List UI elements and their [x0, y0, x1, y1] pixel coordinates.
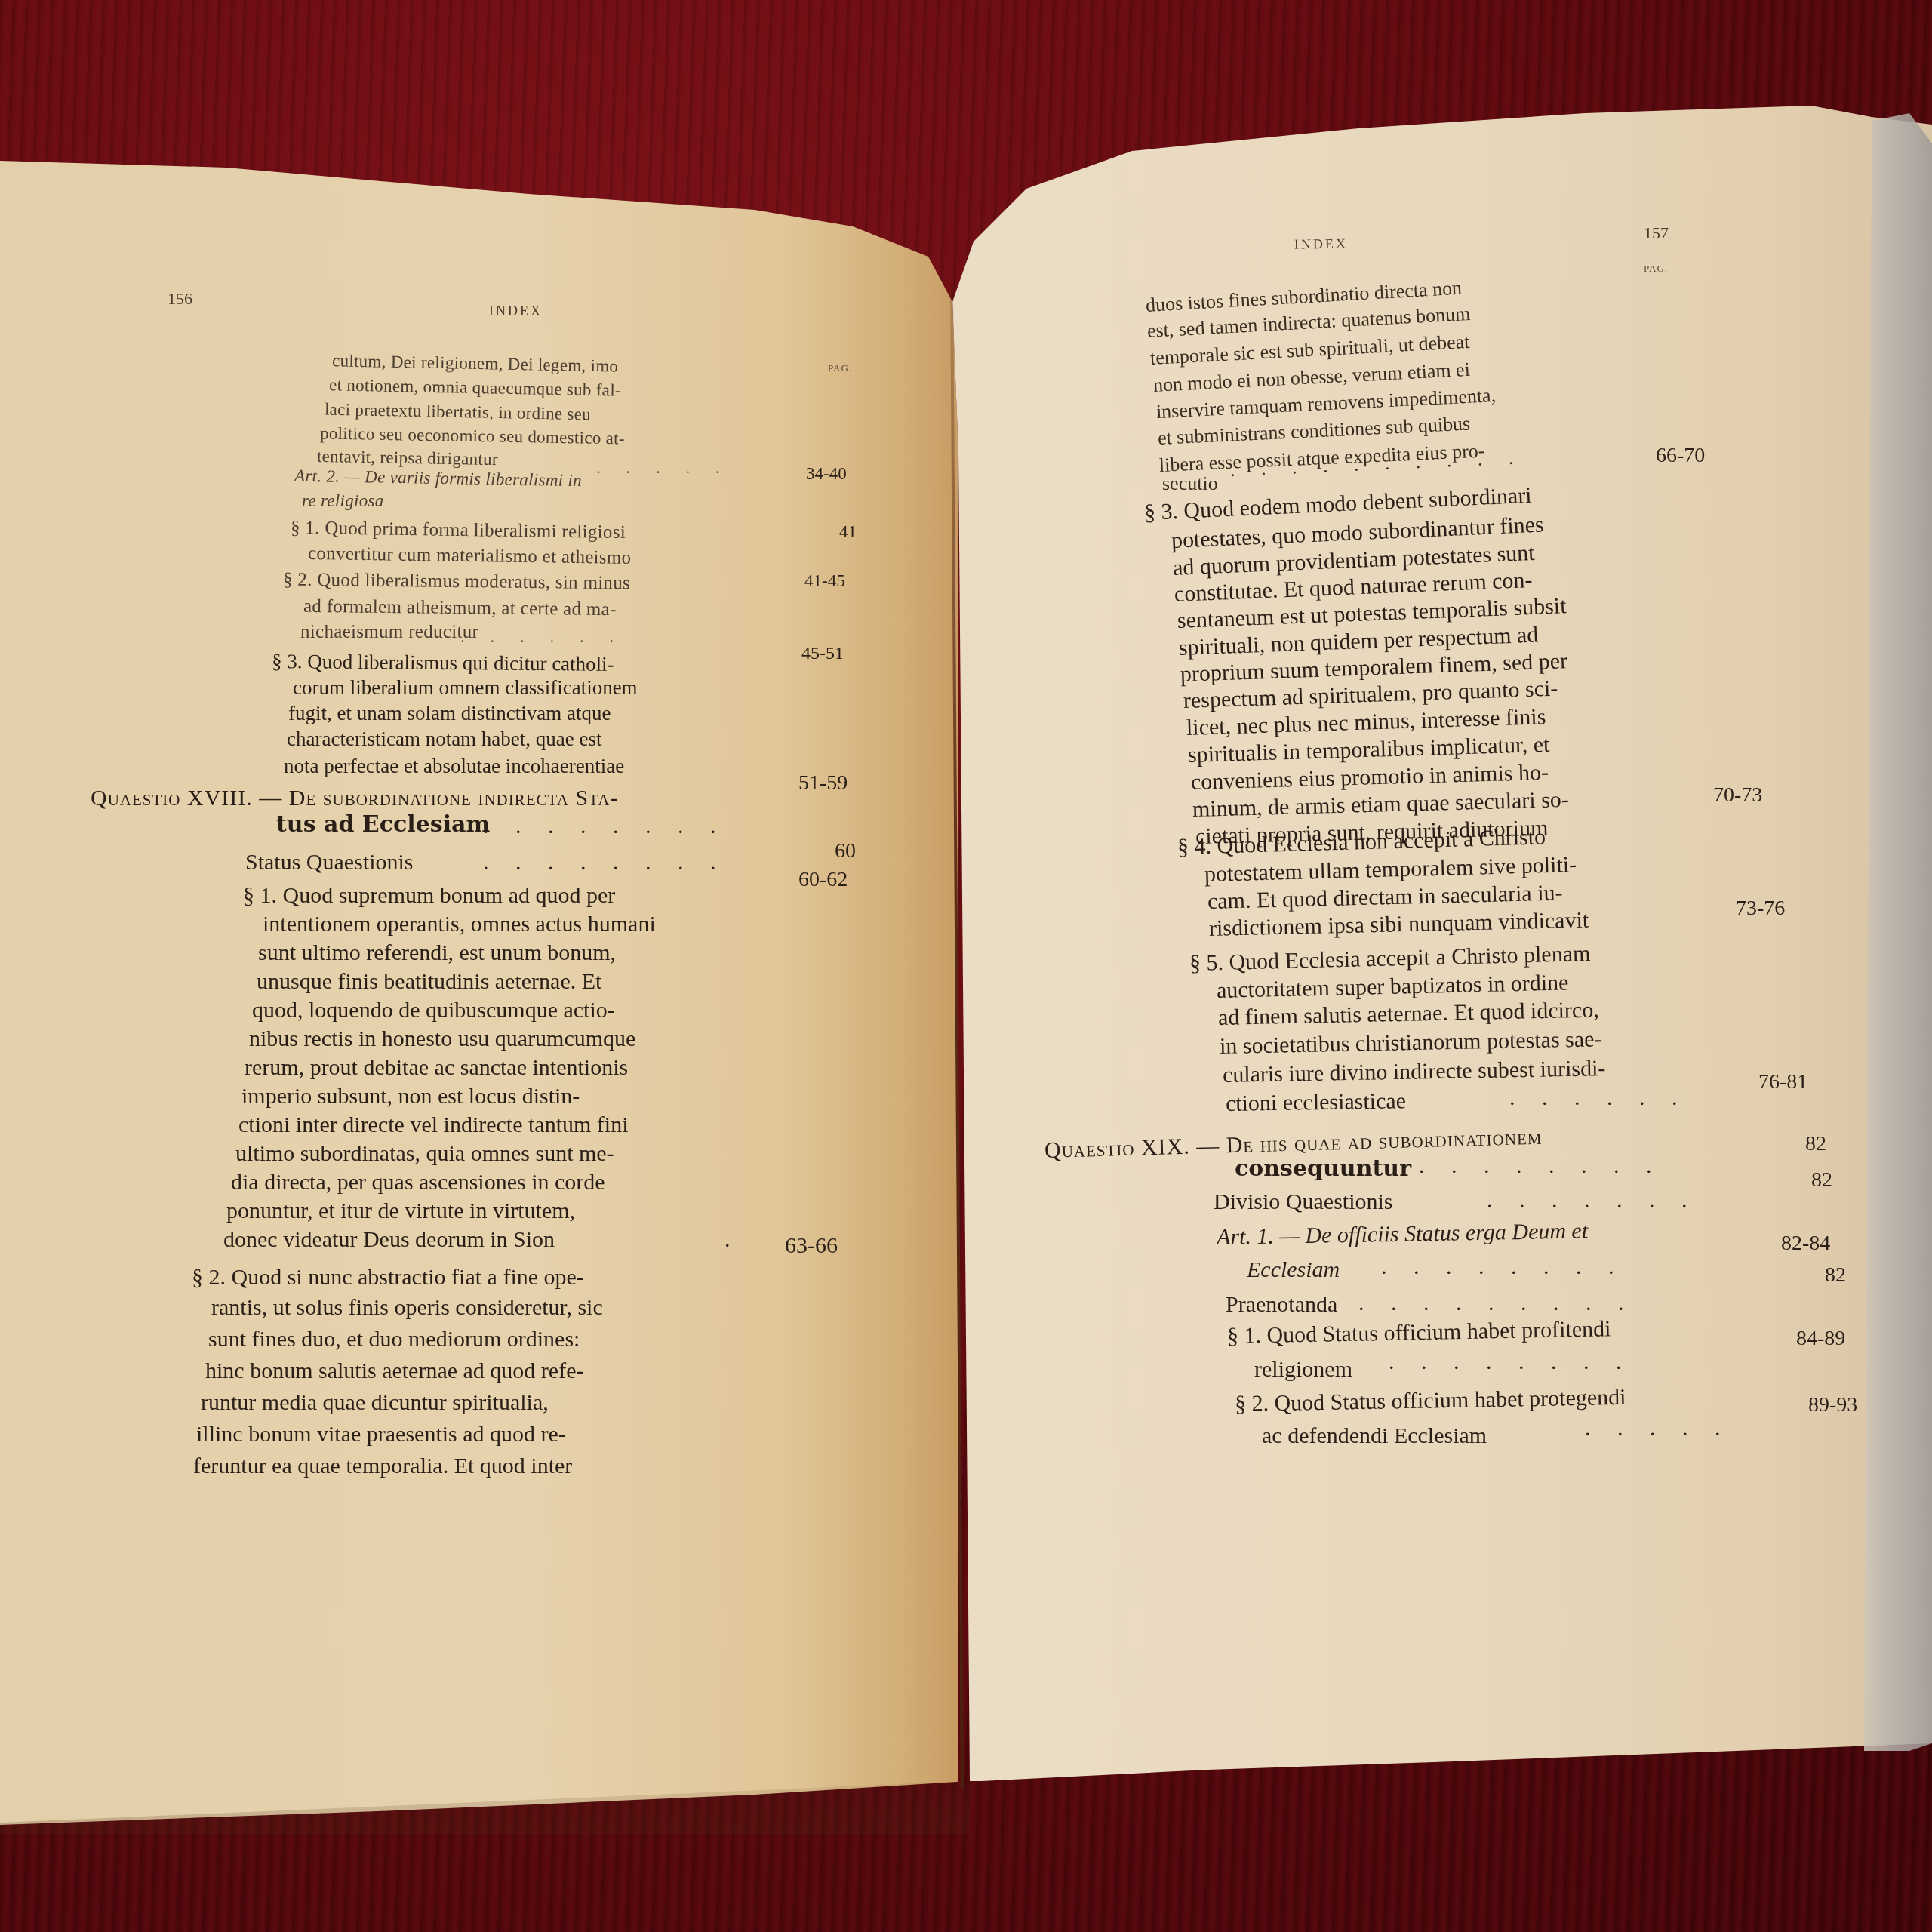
book-edge: [1864, 113, 1932, 1751]
leader-dots: .: [724, 1229, 731, 1251]
page-ref: 89-93: [1808, 1393, 1857, 1417]
left-running-head: INDEX: [489, 303, 543, 319]
toc-entry-status-quaestionis: Status Quaestionis: [245, 851, 414, 874]
page-ref: 70-73: [1713, 783, 1762, 808]
leader-dots: . . . . . . . .: [483, 815, 727, 838]
section-entry: § 2. Quod si nunc abstractio fiat a fine…: [192, 1266, 584, 1289]
left-page: [0, 0, 958, 1932]
text-line: illinc bonum vitae praesentis ad quod re…: [196, 1423, 566, 1446]
left-page-number: 156: [168, 289, 192, 309]
leader-dots: . . . . . . . .: [1419, 1155, 1663, 1177]
quaestio-title-cont: tus ad Ecclesiam: [276, 814, 490, 836]
page-ref: 60: [835, 839, 856, 863]
leader-dots: . . . . . . . .: [1389, 1351, 1632, 1374]
page-ref: 51-59: [798, 771, 848, 795]
page-ref: 41-45: [804, 571, 845, 591]
quaestio-label: Quaestio XVIII. — De subordinatione indi…: [91, 786, 618, 811]
text-line: ac defendendi Ecclesiam: [1262, 1425, 1487, 1447]
text-line: convertitur cum materialismo et atheismo: [308, 544, 632, 568]
text-line: re religiosa: [302, 492, 384, 509]
toc-entry-praenotanda: Praenotanda: [1226, 1294, 1337, 1316]
text-line: Ecclesiam: [1247, 1259, 1340, 1281]
right-page-number: 157: [1644, 223, 1669, 243]
text-line: nota perfectae et absolutae incohaerenti…: [284, 756, 624, 777]
page-ref: 84-89: [1796, 1327, 1845, 1351]
text-line: quod, loquendo de quibuscumque actio-: [252, 999, 615, 1022]
leader-dots: . . . . . . . .: [483, 851, 727, 874]
text-line: rantis, ut solus finis operis consideret…: [211, 1297, 603, 1319]
text-line: unusque finis beatitudinis aeternae. Et: [257, 971, 601, 993]
toc-entry-divisio: Divisio Quaestionis: [1214, 1191, 1393, 1214]
text-line: nibus rectis in honesto usu quarumcumque: [249, 1028, 635, 1051]
text-line: nichaeismum reducitur: [300, 623, 478, 641]
leader-dots: . . . . . . .: [1487, 1189, 1698, 1212]
text-line: characteristicam notam habet, quae est: [287, 729, 602, 749]
section-entry: § 1. Quod prima forma liberalismi religi…: [291, 518, 626, 542]
leader-dots: . . . . . .: [460, 628, 624, 645]
left-pag-label: PAG.: [828, 362, 852, 374]
text-line: ad formalem atheismum, at certe ad ma-: [303, 597, 617, 619]
text-line: religionem: [1254, 1358, 1352, 1381]
page-ref: 82: [1825, 1263, 1846, 1287]
quaestio-heading: Quaestio XVIII. — De subordinatione indi…: [91, 787, 618, 810]
page-ref: 66-70: [1656, 444, 1705, 468]
page-ref: 45-51: [801, 644, 844, 664]
page-ref: 82: [1811, 1168, 1832, 1192]
section-entry: § 3. Quod liberalismus qui dicitur catho…: [272, 651, 614, 675]
page-ref: 41: [839, 522, 857, 542]
page-ref: 82: [1805, 1132, 1826, 1156]
page-ref: 82-84: [1781, 1232, 1830, 1256]
leader-dots: . . . . .: [1585, 1417, 1731, 1440]
text-line: ctioni inter directe vel indirecte tantu…: [238, 1114, 628, 1137]
text-line: sunt fines duo, et duo mediorum ordines:: [208, 1328, 580, 1351]
text-line: intentionem operantis, omnes actus human…: [263, 913, 656, 936]
text-line: rerum, prout debitae ac sanctae intentio…: [245, 1057, 628, 1079]
leader-dots: . . . . .: [596, 459, 731, 476]
text-line: secutio: [1162, 474, 1218, 494]
leader-dots: . . . . . . . .: [1381, 1256, 1625, 1278]
text-line: imperio subsunt, non est locus distin-: [241, 1085, 580, 1108]
leader-dots: . . . . . . . . .: [1358, 1292, 1635, 1315]
right-running-head: INDEX: [1294, 235, 1348, 252]
text-line: runtur media quae dicuntur spiritualia,: [201, 1392, 549, 1414]
text-line: sunt ultimo referendi, est unum bonum,: [258, 942, 616, 964]
quaestio-title-cont: consequuntur: [1235, 1158, 1411, 1180]
text-line: dia directa, per quas ascensiones in cor…: [231, 1171, 605, 1194]
right-pag-label: PAG.: [1644, 263, 1668, 275]
page-ref: 60-62: [798, 868, 848, 892]
page-ref: 73-76: [1736, 897, 1785, 921]
text-line: donec videatur Deus deorum in Sion: [223, 1229, 555, 1251]
section-entry: § 2. Quod liberalismus moderatus, sin mi…: [283, 571, 630, 593]
page-ref: 76-81: [1758, 1070, 1807, 1094]
text-line: ponuntur, et itur de virtute in virtutem…: [226, 1200, 575, 1223]
page-ref: 63-66: [785, 1233, 838, 1259]
leader-dots: . . . . . .: [1509, 1087, 1688, 1109]
text-line: tentavit, reipsa dirigantur: [317, 448, 498, 468]
text-line: ultimo subordinatas, quia omnes sunt me-: [235, 1143, 614, 1165]
page-ref: 34-40: [806, 464, 847, 484]
text-line: ctioni ecclesiasticae: [1226, 1090, 1406, 1115]
text-line: feruntur ea quae temporalia. Et quod int…: [193, 1455, 572, 1478]
section-entry: § 1. Quod supremum bonum ad quod per: [243, 884, 615, 907]
text-line: fugit, et unam solam distinctivam atque: [288, 703, 611, 724]
text-line: hinc bonum salutis aeternae ad quod refe…: [205, 1360, 583, 1383]
text-line: corum liberalium omnem classificationem: [293, 678, 638, 698]
